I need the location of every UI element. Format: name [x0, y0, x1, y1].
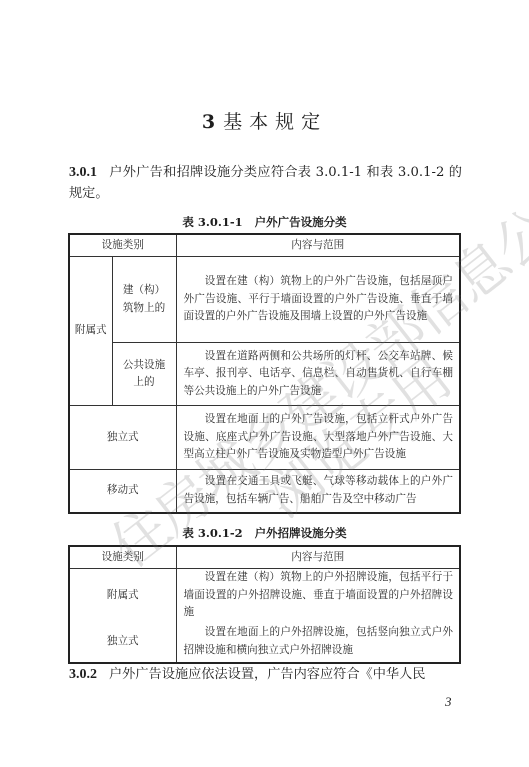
category-cell: 独立式 [69, 406, 176, 470]
table1-caption-title: 户外广告设施分类 [255, 215, 347, 229]
header-category: 设施类别 [69, 546, 176, 569]
table-row: 附属式 建（构）筑物上的 设置在建（构）筑物上的户外广告设施，包括屋顶户外广告设… [69, 257, 460, 343]
category-cell: 移动式 [69, 470, 176, 513]
table1-caption-number: 表 3.0.1-1 [182, 215, 242, 229]
table-row: 公共设施上的 设置在道路两侧和公共场所的灯杆、公交车站牌、候车亭、报刊亭、电话亭… [69, 343, 460, 406]
table2-caption-number: 表 3.0.1-2 [182, 526, 242, 540]
chapter-title-text: 基本规定 [223, 111, 327, 133]
clause-number: 3.0.1 [69, 165, 97, 180]
table-row: 附属式 设置在建（构）筑物上的户外招牌设施，包括平行于墙面设置的户外招牌设施、垂… [69, 569, 460, 622]
table-row: 独立式 设置在地面上的户外广告设施，包括立杆式户外广告设施、底座式户外广告设施、… [69, 406, 460, 470]
category-cell: 公共设施上的 [112, 343, 176, 406]
content-cell: 设置在建（构）筑物上的户外招牌设施，包括平行于墙面设置的户外招牌设施、垂直于墙面… [176, 569, 460, 622]
content-cell: 设置在地面上的户外招牌设施，包括竖向独立式户外招牌设施和横向独立式户外招牌设施 [176, 622, 460, 663]
table-header-row: 设施类别 内容与范围 [69, 234, 460, 257]
content-text: 设置在地面上的户外广告设施，包括立杆式户外广告设施、底座式户外广告设施、大型落地… [184, 413, 454, 460]
table2-caption: 表 3.0.1-2户外招牌设施分类 [0, 525, 529, 541]
content-text: 设置在道路两侧和公共场所的灯杆、公交车站牌、候车亭、报刊亭、电话亭、信息栏、自动… [184, 350, 454, 397]
content-text: 设置在建（构）筑物上的户外广告设施，包括屋顶户外广告设施、平行于墙面设置的户外广… [184, 275, 454, 322]
content-cell: 设置在道路两侧和公共场所的灯杆、公交车站牌、候车亭、报刊亭、电话亭、信息栏、自动… [176, 343, 460, 406]
category-line: 公共设施 [123, 359, 165, 371]
table-row: 独立式 设置在地面上的户外招牌设施，包括竖向独立式户外招牌设施和横向独立式户外招… [69, 622, 460, 663]
category-line: 建（构） [123, 284, 165, 296]
content-cell: 设置在地面上的户外广告设施，包括立杆式户外广告设施、底座式户外广告设施、大型落地… [176, 406, 460, 470]
table1-advertising-facilities: 设施类别 内容与范围 附属式 建（构）筑物上的 设置在建（构）筑物上的户外广告设… [68, 233, 461, 514]
table-row: 移动式 设置在交通工具或飞艇、气球等移动载体上的户外广告设施，包括车辆广告、船舶… [69, 470, 460, 513]
content-cell: 设置在交通工具或飞艇、气球等移动载体上的户外广告设施，包括车辆广告、船舶广告及空… [176, 470, 460, 513]
page-number: 3 [445, 694, 452, 710]
category-cell: 独立式 [69, 622, 176, 663]
clause-text: 户外广告设施应依法设置，广告内容应符合《中华人民 [109, 667, 426, 682]
header-content: 内容与范围 [176, 546, 460, 569]
table1-caption: 表 3.0.1-1户外广告设施分类 [0, 214, 529, 230]
clause-text: 户外广告和招牌设施分类应符合表 3.0.1-1 和表 3.0.1-2 的规定。 [69, 165, 462, 201]
document-page: 3基本规定 3.0.1户外广告和招牌设施分类应符合表 3.0.1-1 和表 3.… [0, 0, 529, 767]
content-text: 设置在交通工具或飞艇、气球等移动载体上的户外广告设施，包括车辆广告、船舶广告及空… [184, 475, 454, 505]
category-cell: 建（构）筑物上的 [112, 257, 176, 343]
table2-caption-title: 户外招牌设施分类 [255, 526, 347, 540]
clause-3-0-1: 3.0.1户外广告和招牌设施分类应符合表 3.0.1-1 和表 3.0.1-2 … [69, 162, 462, 204]
header-content: 内容与范围 [176, 234, 460, 257]
content-text: 设置在建（构）筑物上的户外招牌设施，包括平行于墙面设置的户外招牌设施、垂直于墙面… [184, 571, 454, 618]
clause-3-0-2: 3.0.2户外广告设施应依法设置，广告内容应符合《中华人民 [69, 664, 462, 685]
chapter-number: 3 [202, 111, 215, 133]
content-text: 设置在地面上的户外招牌设施，包括竖向独立式户外招牌设施和横向独立式户外招牌设施 [184, 626, 454, 656]
category-line: 筑物上的 [123, 302, 165, 314]
group-cell: 附属式 [69, 257, 112, 406]
clause-number: 3.0.2 [69, 667, 97, 682]
table2-signboard-facilities: 设施类别 内容与范围 附属式 设置在建（构）筑物上的户外招牌设施，包括平行于墙面… [68, 545, 461, 664]
category-cell: 附属式 [69, 569, 176, 622]
category-line: 上的 [133, 376, 154, 388]
header-category: 设施类别 [69, 234, 176, 257]
table-header-row: 设施类别 内容与范围 [69, 546, 460, 569]
chapter-title: 3基本规定 [0, 107, 529, 134]
content-cell: 设置在建（构）筑物上的户外广告设施，包括屋顶户外广告设施、平行于墙面设置的户外广… [176, 257, 460, 343]
